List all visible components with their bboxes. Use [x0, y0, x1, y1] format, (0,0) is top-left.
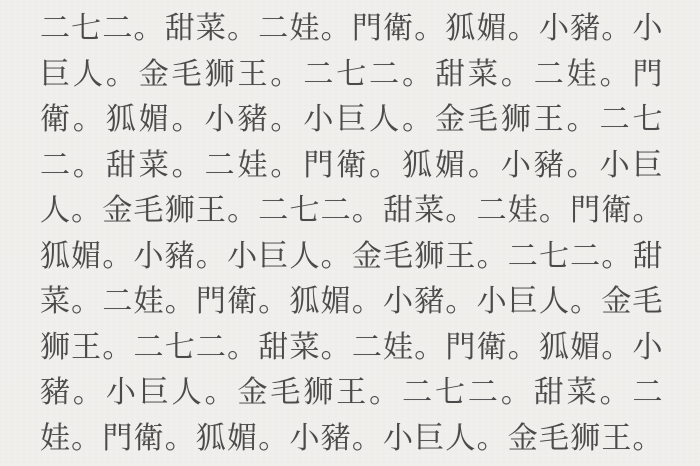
text-page: 二七二。甜菜。二娃。門衛。狐媚。小豬。小 巨人。金毛狮王。二七二。甜菜。二娃。門… — [0, 0, 700, 466]
text-line-2: 巨人。金毛狮王。二七二。甜菜。二娃。門 — [40, 52, 663, 98]
text-line-4: 二。甜菜。二娃。門衛。狐媚。小豬。小巨 — [40, 143, 663, 189]
text-line-8: 狮王。二七二。甜菜。二娃。門衛。狐媚。小 — [40, 325, 663, 371]
text-line-10: 娃。門衛。狐媚。小豬。小巨人。金毛狮王。 — [40, 416, 663, 462]
text-line-9: 豬。小巨人。金毛狮王。二七二。甜菜。二 — [40, 370, 663, 416]
text-line-3: 衛。狐媚。小豬。小巨人。金毛狮王。二七 — [40, 97, 663, 143]
text-line-6: 狐媚。小豬。小巨人。金毛狮王。二七二。甜 — [40, 234, 663, 280]
text-line-1: 二七二。甜菜。二娃。門衛。狐媚。小豬。小 — [40, 6, 663, 52]
text-line-5: 人。金毛狮王。二七二。甜菜。二娃。門衛。 — [40, 188, 663, 234]
text-line-7: 菜。二娃。門衛。狐媚。小豬。小巨人。金毛 — [40, 279, 663, 325]
